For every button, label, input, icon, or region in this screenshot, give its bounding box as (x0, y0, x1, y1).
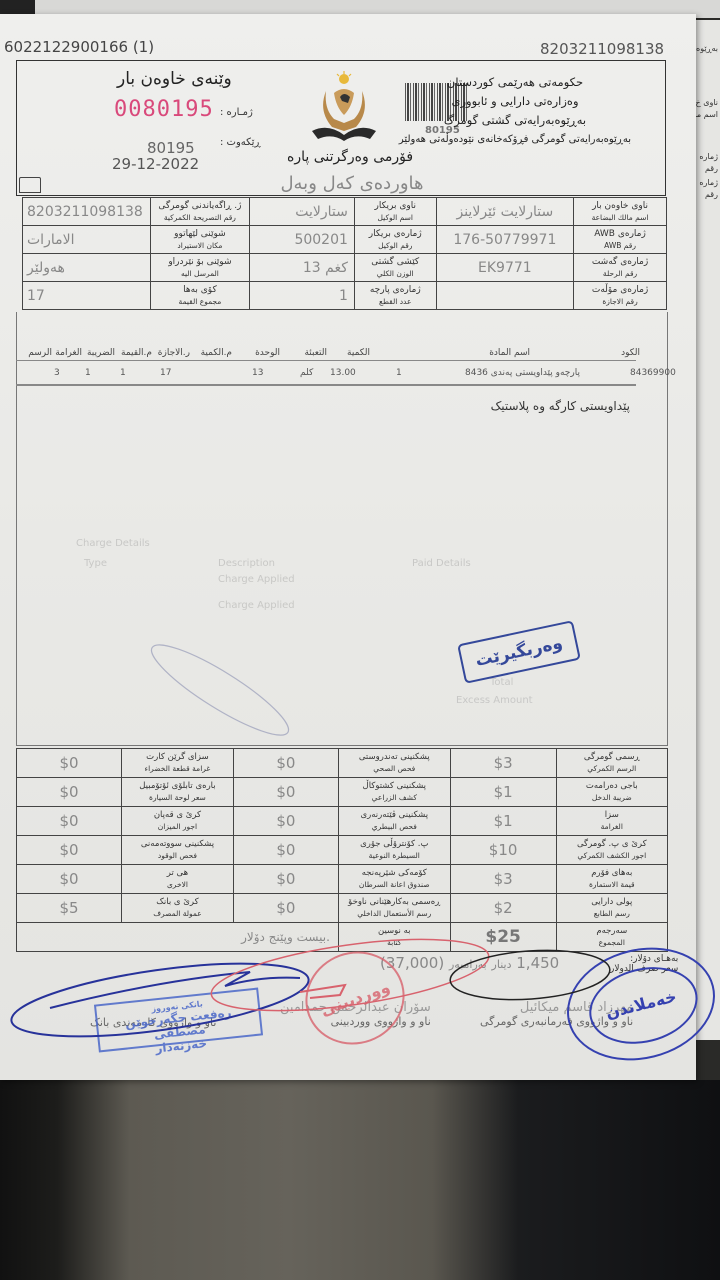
label-ar: رسم الطابع (557, 908, 667, 919)
info-label: کێشی گشتیالوزن الكلي (354, 254, 436, 282)
label-ku: سەرجەم (596, 926, 627, 936)
label-ku: بارەی تابلۆی ئۆتۆمبیل (139, 781, 215, 791)
total-in-words: .بیست وپێنج دۆلار (17, 923, 339, 952)
label-ku: باجی دەرامەت (586, 781, 638, 791)
label-ar: رقم الاجازة (574, 296, 666, 308)
info-value (436, 282, 573, 310)
fee-row: $0بارەی تابلۆی ئۆتۆمبیلسعر لوحة السيارة$… (17, 778, 668, 807)
fee-label: پشکنینی کشتوکاڵكشف الزراعي (338, 778, 450, 807)
info-label: شوێنی بۆ نێردراوالمرسل اليه (150, 254, 250, 282)
fee-amount: $0 (17, 836, 122, 865)
item-unit: كلم (300, 368, 313, 378)
label-ku: کۆمەکی شێرپەنجە (362, 868, 427, 878)
fee-label: کۆمەکی شێرپەنجەصندوق اعانة السرطان (338, 865, 450, 894)
label-ku: ژمارەی گەشت (592, 257, 648, 267)
label-ar: الوزن الكلي (355, 268, 436, 280)
fee-label: ڕەسمی بەکارهێنانی ناوخۆرسم الأستعمال الد… (338, 894, 450, 923)
exchange-rate-value: 1,450 (516, 954, 559, 972)
fee-amount: $3 (450, 749, 556, 778)
label-ku: ژ. ڕاگەیاندنی گومرگی (158, 201, 241, 211)
item-description: پێداویستی کارگە وە پلاستیک (380, 399, 630, 413)
copy-title: وێنەی خاوەن بار (117, 69, 232, 89)
fee-amount: $0 (233, 778, 338, 807)
item-fee: 3 (54, 368, 60, 378)
fee-amount: $10 (450, 836, 556, 865)
desk-background (0, 1080, 720, 1280)
divider (16, 360, 636, 361)
label-ar: رقم التصريحة الكمركية (151, 212, 250, 224)
label-ku: شوێنی بۆ نێردراو (168, 257, 231, 267)
info-row: 17کۆی بەهامجموع القيمة1ژمارەی پارچەعدد ا… (23, 282, 667, 310)
label-ku: پشکنینی سووتەمەنی (141, 839, 214, 849)
fee-label: هی ترالاخرى (122, 865, 234, 894)
column-header: الضريبة (87, 348, 115, 358)
back-sheet-text: رقم (705, 164, 718, 173)
info-value: 17 (23, 282, 151, 310)
label-ar: غرامة قطعة الخضراء (122, 763, 233, 774)
fee-amount: $0 (233, 865, 338, 894)
label-ku: ڕسمی گومرگی (584, 752, 640, 762)
label-ku: بەهای فۆرم (591, 868, 632, 878)
total-row: .بیست وپێنج دۆلاربە نوسینكتابة$25سەرجەما… (17, 923, 668, 952)
info-value: 13 کغم (250, 254, 355, 282)
fee-amount: $0 (233, 894, 338, 923)
label-ku: ناوی بریکار (374, 201, 416, 211)
item-total-quantity: 13 (252, 368, 263, 378)
info-label: ناوی بریکاراسم الوكيل (354, 198, 436, 226)
label-ar: كتابة (339, 937, 450, 948)
label-ar: رقم الوكيل (355, 240, 436, 252)
label-ku: سزا (605, 810, 619, 820)
fee-label: باجی دەرامەتضريبة الدخل (556, 778, 667, 807)
fee-amount: $3 (450, 865, 556, 894)
label-ku: کرێ ی پ. گومرگی (577, 839, 647, 849)
fee-label: پ. کۆنترۆڵی جۆریالسيطرة النوعية (338, 836, 450, 865)
info-label: ژمارەی بریکاررقم الوكيل (354, 226, 436, 254)
info-row: الاماراتشوێنی لێهاتوومكان الاستيراد50020… (23, 226, 667, 254)
info-label: ناوی خاوەن باراسم مالك البضاعة (574, 198, 667, 226)
date-label: ڕێکەوت : (220, 137, 261, 148)
back-sheet-text: ژمارە (699, 178, 718, 187)
label-ar: الرسم الكمركي (557, 763, 667, 774)
info-value: 1 (250, 282, 355, 310)
column-header: الرسم (28, 348, 52, 358)
label-ar: رسم الأستعمال الداخلي (339, 908, 450, 919)
label-ar: السيطرة النوعية (339, 850, 450, 861)
kurdistan-emblem-icon (304, 71, 384, 149)
info-label: ژ. ڕاگەیاندنی گومرگیرقم التصريحة الكمركي… (150, 198, 250, 226)
back-sheet-text: رقم (705, 190, 718, 199)
exchange-rate-unit: دینار (492, 958, 512, 971)
column-header: الكمية (347, 348, 370, 358)
fee-label: پشکنینی تەندروستیفحص الصحي (338, 749, 450, 778)
label-ar: اسم الوكيل (355, 212, 436, 224)
fee-label: پشکنینی ڤێتەرنەریفحص البيطري (338, 807, 450, 836)
info-label: ژمارەی AWBرقم AWB (574, 226, 667, 254)
airport-customs-line: بەڕێوەبەرایەتی گومرگی فڕۆکەخانەی نێودەوڵ… (395, 130, 635, 149)
label-ar: سعر لوحة السيارة (122, 792, 233, 803)
fee-row: $0پشکنینی سووتەمەنیفحص الوقود$0پ. کۆنترۆ… (17, 836, 668, 865)
serial-label: ژمـارە : (220, 107, 253, 118)
item-code: 84369900 (630, 368, 676, 378)
fee-label: سزای گرێن کارتغرامة قطعة الخضراء (122, 749, 234, 778)
ghost-text: Charge Details (76, 538, 150, 549)
info-value: 500201 (250, 226, 355, 254)
column-header: ر.الاجازة (158, 348, 190, 358)
label-ar: كشف الزراعي (339, 792, 450, 803)
divider (16, 384, 636, 386)
label-ar: فحص الوقود (122, 850, 233, 861)
label-ku: سزای گرێن کارت (146, 752, 209, 762)
label-ku: هی تر (167, 868, 188, 878)
ghost-text: Paid Details (412, 558, 471, 569)
item-packaging: 13.00 (330, 368, 356, 378)
column-header: م.القيمة (121, 348, 152, 358)
info-value: 8203211098138 (23, 198, 151, 226)
label-ar: اجور الميزان (122, 821, 233, 832)
label-ku: ژمارەی بریکار (369, 229, 422, 239)
fee-label: سزاالغرامة (556, 807, 667, 836)
fee-label: کرێ ی بانکعمولة المصرف (122, 894, 234, 923)
fee-label: کرێ ی پ. گومرگیاجور الكشف الكمركي (556, 836, 667, 865)
item-quantity: 1 (396, 368, 402, 378)
label-ku: پ. کۆنترۆڵی جۆری (360, 839, 428, 849)
fee-amount: $2 (450, 894, 556, 923)
label-ar: المرسل اليه (151, 268, 250, 280)
label-ar: اسم مالك البضاعة (574, 212, 666, 224)
back-sheet-text: ژمارە (699, 152, 718, 161)
reference-number-left: 6022122900166 (1) (4, 38, 154, 56)
info-value: EK9771 (436, 254, 573, 282)
import-heading: هاوردەی کەل وبەل (167, 173, 537, 194)
column-header: الكود (621, 348, 640, 358)
form-title: فۆرمی وەرگرتنی پارە (287, 149, 413, 165)
ghost-text: Type (84, 558, 107, 569)
government-header: حکومەتی هەرێمی کوردستان وەزارەتی دارایی … (395, 73, 635, 149)
table-row: 84369900 پارچەو پێداویستی پەندی 8436 1 1… (20, 368, 660, 380)
info-value: الامارات (23, 226, 151, 254)
label-ku: کرێ ی قەپان (154, 810, 201, 820)
label-ku: پولی دارایی (591, 897, 632, 907)
fee-label: بەهای فۆرمقيمة الاستمارة (556, 865, 667, 894)
label-ku: پشکنینی کشتوکاڵ (363, 781, 427, 791)
info-label: ژمارەی مۆڵەترقم الاجازة (574, 282, 667, 310)
header-frame: وێنەی خاوەن بار 0080195 ژمـارە : ڕێکەوت … (16, 60, 666, 196)
label-ar: المجموع (557, 937, 667, 948)
fee-label: پولی داراییرسم الطابع (556, 894, 667, 923)
label-ku: کرێ ی بانک (156, 897, 198, 907)
label-ar: صندوق اعانة السرطان (339, 879, 450, 890)
fee-amount: $1 (450, 807, 556, 836)
info-value: ستارلایت ئێرلاینز (436, 198, 573, 226)
fee-label: ڕسمی گومرگیالرسم الكمركي (556, 749, 667, 778)
fees-table: $0سزای گرێن کارتغرامة قطعة الخضراء$0پشکن… (16, 748, 668, 952)
column-header: م.الكمية (201, 348, 232, 358)
label-ku: ژمارەی پارچە (370, 285, 421, 295)
item-name: پارچەو پێداویستی پەندی 8436 (465, 368, 580, 378)
fee-amount: $5 (17, 894, 122, 923)
label-ku: پشکنینی تەندروستی (359, 752, 430, 762)
fee-amount: $0 (233, 807, 338, 836)
label-ar: الغرامة (557, 821, 667, 832)
label-ku: ناوی خاوەن بار (592, 201, 648, 211)
back-sheet-text: ناوی خ (696, 98, 719, 107)
total-amount: $25 (450, 923, 556, 952)
label-ar: فحص البيطري (339, 821, 450, 832)
fee-amount: $0 (233, 836, 338, 865)
label-ar: عمولة المصرف (122, 908, 233, 919)
info-value: ستارلایت (250, 198, 355, 226)
label-ar: ضريبة الدخل (557, 792, 667, 803)
exchange-rate: 1,450 دینار بەرامبەر (37,000) (380, 954, 559, 972)
fee-label: کرێ ی قەپاناجور الميزان (122, 807, 234, 836)
info-label: ژمارەی پارچەعدد القطع (354, 282, 436, 310)
fee-amount: $1 (450, 778, 556, 807)
bank-stamp: بانکی نەوروز رەفعت جگەرخوێن مصطفی خەزنەد… (94, 988, 263, 1053)
item-fine: 1 (85, 368, 91, 378)
label-ar: مكان الاستيراد (151, 240, 250, 252)
label-ku: شوێنی لێهاتوو (174, 229, 226, 239)
items-header: الكود اسم المادة الكمية التعبئة الوحدة م… (20, 348, 660, 360)
label-ku: بە نوسین (378, 926, 411, 936)
book-icon (19, 177, 41, 193)
ghost-text: Excess Amount (456, 695, 533, 706)
item-total-value: 17 (160, 368, 171, 378)
label-ku: ڕەسمی بەکارهێنانی ناوخۆ (348, 897, 440, 907)
serial-number: 0080195 (114, 97, 214, 122)
fee-amount: $0 (17, 865, 122, 894)
info-value: 176-50779971 (436, 226, 573, 254)
ghost-text: Charge Applied (218, 600, 295, 611)
label-ku: کێشی گشتی (371, 257, 419, 267)
label-ku: ژمارەی مۆڵەت (592, 285, 648, 295)
label-ar: رقم الرحلة (574, 268, 666, 280)
label-ar: الاخرى (122, 879, 233, 890)
label-ar: اجور الكشف الكمركي (557, 850, 667, 861)
label-ar: مجموع القيمة (151, 296, 250, 308)
words-label: بە نوسینكتابة (338, 923, 450, 952)
government-line: حکومەتی هەرێمی کوردستان (395, 73, 635, 92)
item-tax: 1 (120, 368, 126, 378)
fee-row: $0هی ترالاخرى$0کۆمەکی شێرپەنجەصندوق اعان… (17, 865, 668, 894)
fee-amount: $0 (233, 749, 338, 778)
directorate-line: بەڕێوەبەرایەتی گشتی گومرگ (395, 111, 635, 130)
customs-valuation-stamp: خەملاندن (555, 932, 720, 1075)
info-label: ژمارەی گەشترقم الرحلة (574, 254, 667, 282)
label-ar: فحص الصحي (339, 763, 450, 774)
ministry-line: وەزارەتی دارایی و ئابووری (395, 92, 635, 111)
label-ku: کۆی بەها (183, 285, 217, 295)
ghost-text: Charge Applied (218, 574, 295, 585)
equivalent-label: بەرامبەر (449, 958, 487, 971)
label-ar: رقم AWB (574, 240, 666, 252)
receipt-document: 6022122900166 (1) 8203211098138 وێنەی خا… (0, 14, 696, 1080)
column-header: التعبئة (304, 348, 327, 358)
ghost-text: Description (218, 558, 275, 569)
info-label: کۆی بەهامجموع القيمة (150, 282, 250, 310)
column-header: اسم المادة (489, 348, 530, 358)
info-row: هەولێرشوێنی بۆ نێردراوالمرسل اليه13 کغمک… (23, 254, 667, 282)
label-ar: قيمة الاستمارة (557, 879, 667, 890)
label-ku: پشکنینی ڤێتەرنەری (360, 810, 428, 820)
column-header: الغرامة (55, 348, 82, 358)
fee-row: $0کرێ ی قەپاناجور الميزان$0پشکنینی ڤێتەر… (17, 807, 668, 836)
fee-label: پشکنینی سووتەمەنیفحص الوقود (122, 836, 234, 865)
label-ar: عدد القطع (355, 296, 436, 308)
label-ku: ژمارەی AWB (594, 229, 646, 239)
fee-amount: $0 (17, 807, 122, 836)
fee-row: $5کرێ ی بانکعمولة المصرف$0ڕەسمی بەکارهێن… (17, 894, 668, 923)
fee-amount: $0 (17, 778, 122, 807)
info-value: هەولێر (23, 254, 151, 282)
reference-number-right: 8203211098138 (540, 40, 664, 58)
receipt-date: 29-12-2022 (112, 155, 199, 173)
info-row: 8203211098138ژ. ڕاگەیاندنی گومرگیرقم الت… (23, 198, 667, 226)
fee-amount: $0 (17, 749, 122, 778)
fee-row: $0سزای گرێن کارتغرامة قطعة الخضراء$0پشکن… (17, 749, 668, 778)
column-header: الوحدة (255, 348, 280, 358)
ghost-text: Total (490, 677, 513, 688)
info-label: شوێنی لێهاتوومكان الاستيراد (150, 226, 250, 254)
shipment-info-table: 8203211098138ژ. ڕاگەیاندنی گومرگیرقم الت… (22, 197, 667, 310)
fee-label: بارەی تابلۆی ئۆتۆمبیلسعر لوحة السيارة (122, 778, 234, 807)
